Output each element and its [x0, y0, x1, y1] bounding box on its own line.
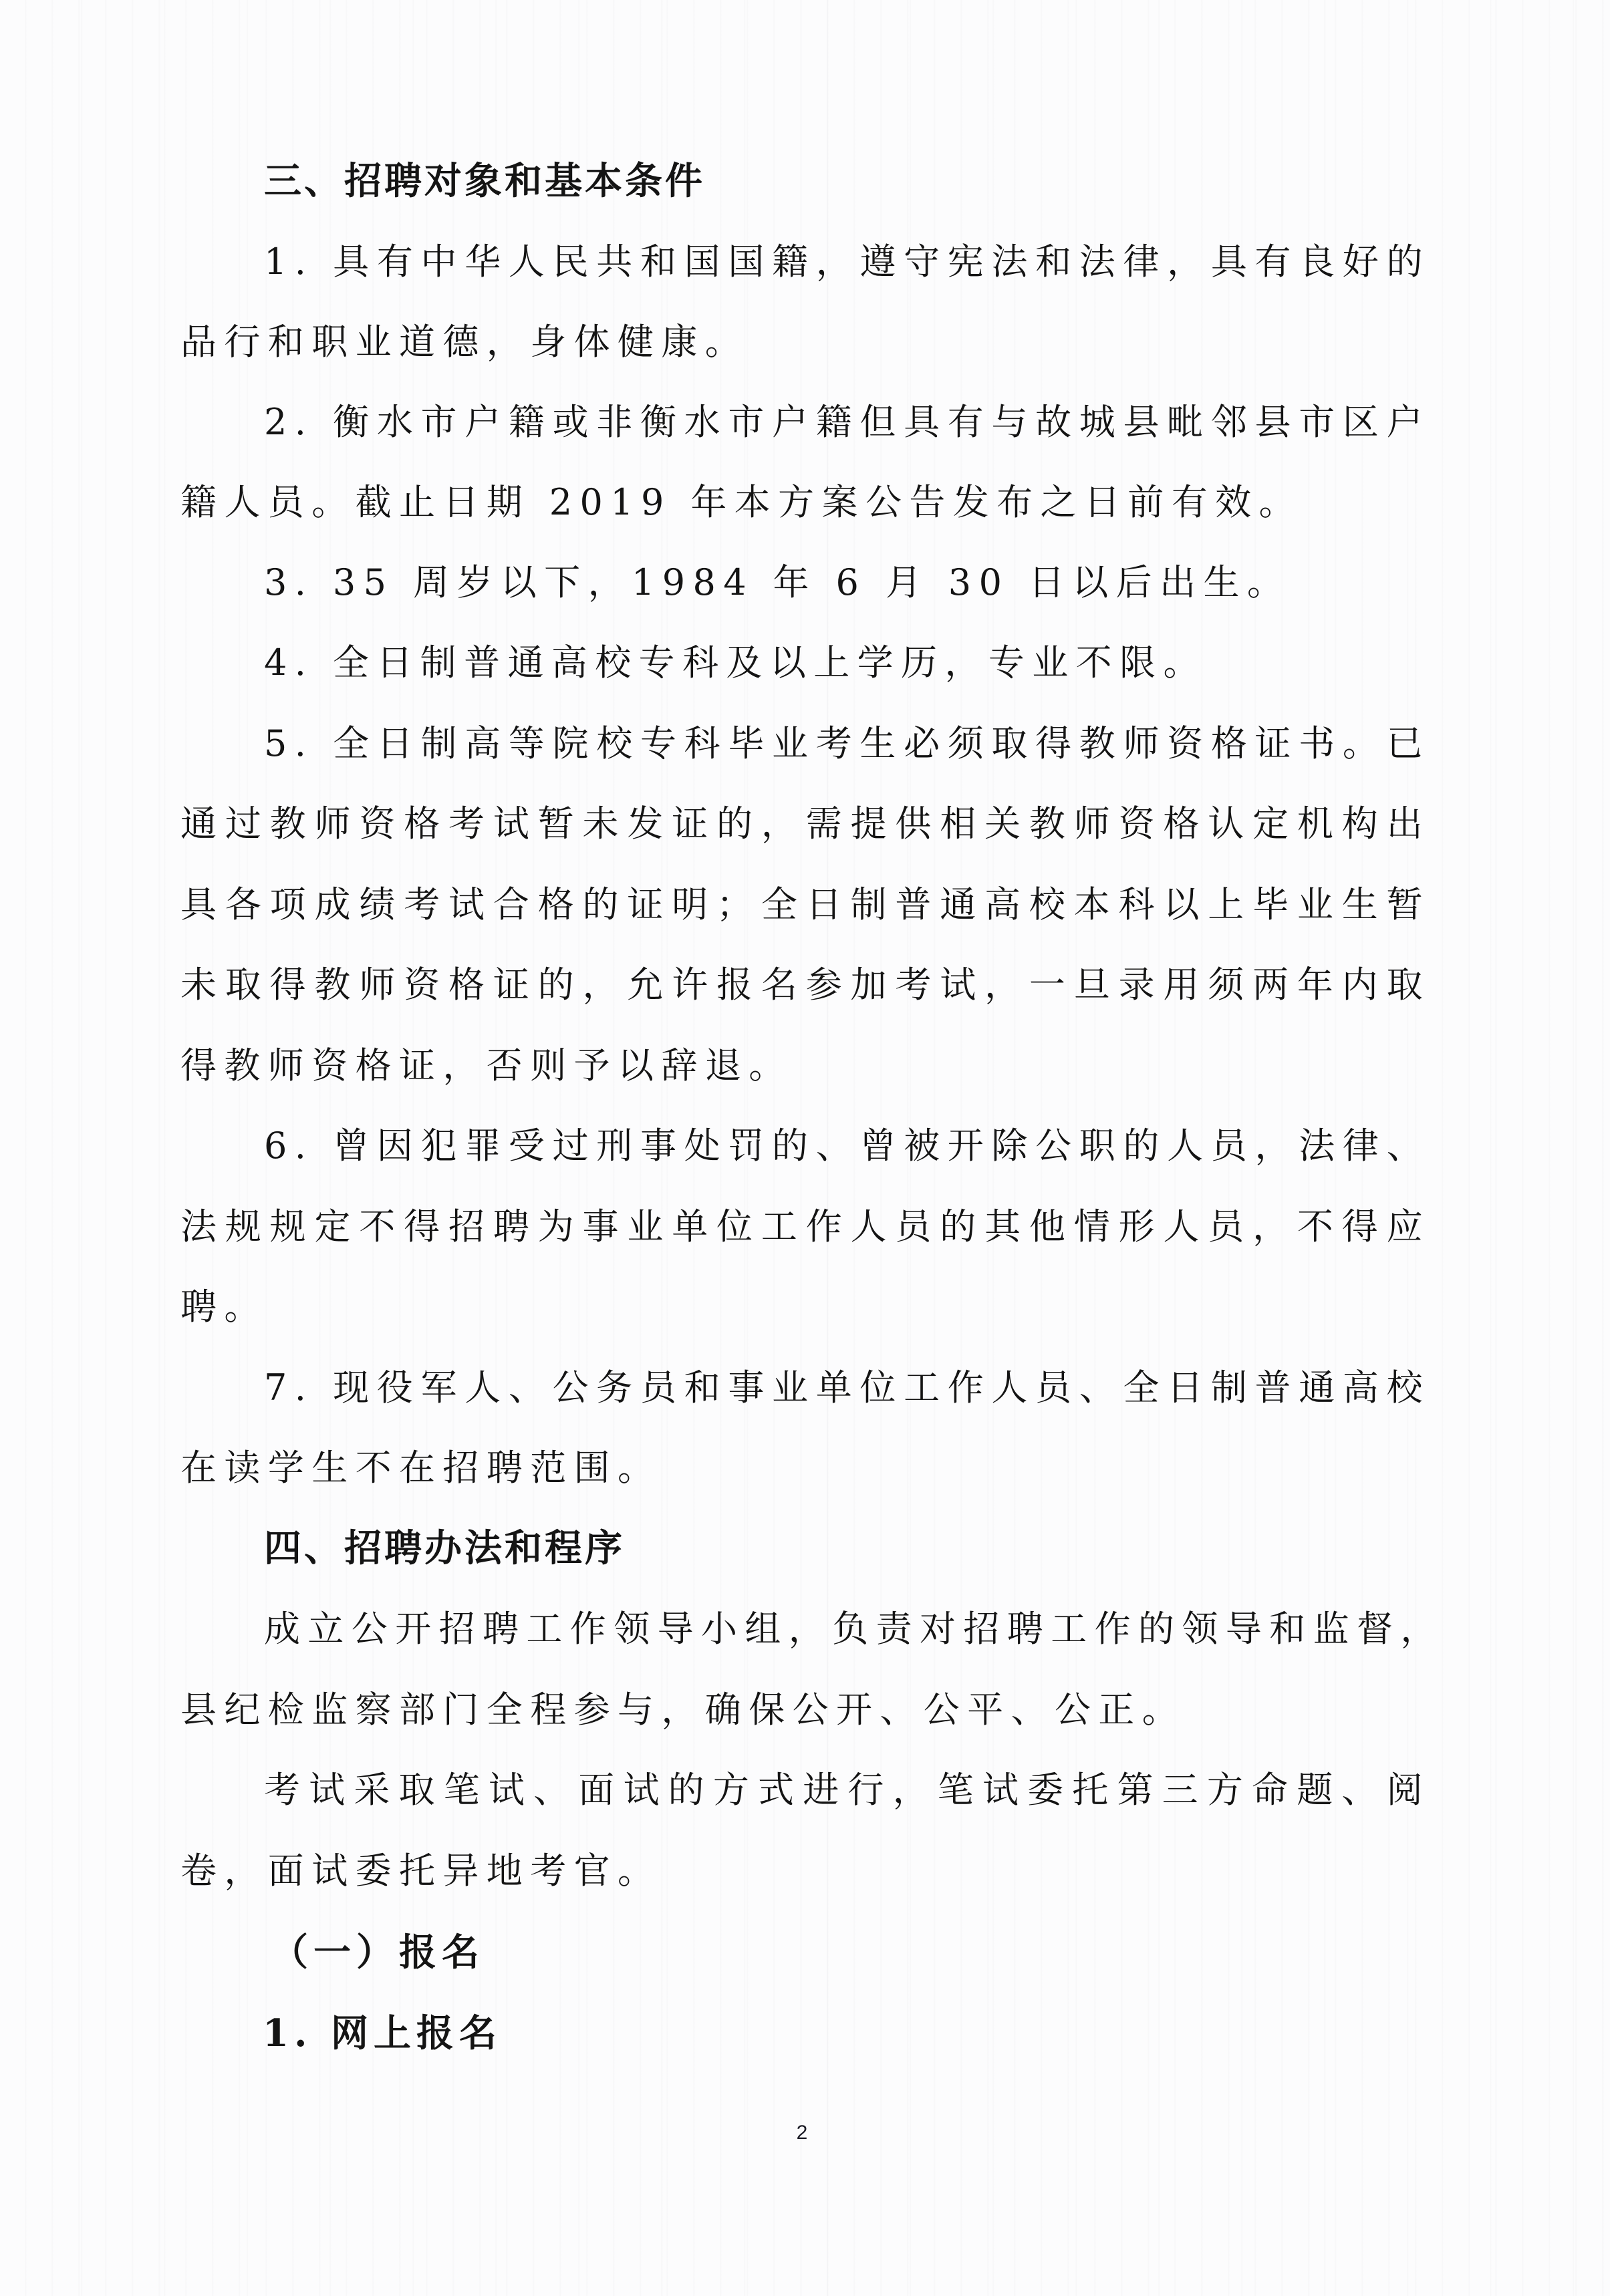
section-heading-4: 四、招聘办法和程序 [264, 1509, 1430, 1589]
page-number: 2 [789, 2120, 815, 2146]
subsection-heading-registration: （一）报名 [271, 1912, 1407, 1993]
item-7-line-1: 7. 现役军人、公务员和事业单位工作人员、全日制普通高校 [264, 1348, 1430, 1428]
paragraph-2-line-2: 卷，面试委托异地考官。 [180, 1831, 1430, 1911]
item-6-line-1: 6. 曾因犯罪受过刑事处罚的、曾被开除公职的人员，法律、 [264, 1106, 1430, 1186]
item-5-line-4: 未取得教师资格证的，允许报名参加考试，一旦录用须两年内取 [180, 945, 1430, 1025]
item-2-line-2: 籍人员。截止日期 2019 年本方案公告发布之日前有效。 [180, 462, 1430, 543]
paragraph-1-line-2: 县纪检监察部门全程参与，确保公开、公平、公正。 [180, 1670, 1430, 1750]
item-6-line-3: 聘。 [180, 1267, 1430, 1347]
item-5-line-5: 得教师资格证，否则予以辞退。 [180, 1026, 1430, 1106]
item-1-line-1: 1. 具有中华人民共和国国籍，遵守宪法和法律，具有良好的 [264, 222, 1430, 302]
item-3-line-1: 3. 35 周岁以下，1984 年 6 月 30 日以后出生。 [264, 543, 1430, 623]
section-heading-3: 三、招聘对象和基本条件 [264, 142, 1430, 222]
paragraph-1-line-1: 成立公开招聘工作领导小组，负责对招聘工作的领导和监督， [264, 1589, 1430, 1669]
item-5-line-3: 具各项成绩考试合格的证明；全日制普通高校本科以上毕业生暂 [180, 865, 1430, 945]
item-1-line-2: 品行和职业道德，身体健康。 [180, 302, 1430, 382]
subsection-online-registration: 1. 网上报名 [263, 1993, 1399, 2073]
paragraph-2-line-1: 考试采取笔试、面试的方式进行，笔试委托第三方命题、阅 [264, 1750, 1430, 1830]
item-2-line-1: 2. 衡水市户籍或非衡水市户籍但具有与故城县毗邻县市区户 [264, 382, 1430, 462]
item-5-line-2: 通过教师资格考试暂未发证的，需提供相关教师资格认定机构出 [180, 784, 1430, 864]
item-7-line-2: 在读学生不在招聘范围。 [180, 1428, 1430, 1508]
item-5-line-1: 5. 全日制高等院校专科毕业考生必须取得教师资格证书。已 [264, 704, 1430, 784]
document-page: 三、招聘对象和基本条件 1. 具有中华人民共和国国籍，遵守宪法和法律，具有良好的… [0, 0, 1610, 2296]
item-4-line-1: 4. 全日制普通高校专科及以上学历，专业不限。 [264, 623, 1430, 703]
item-6-line-2: 法规规定不得招聘为事业单位工作人员的其他情形人员，不得应 [180, 1187, 1430, 1267]
